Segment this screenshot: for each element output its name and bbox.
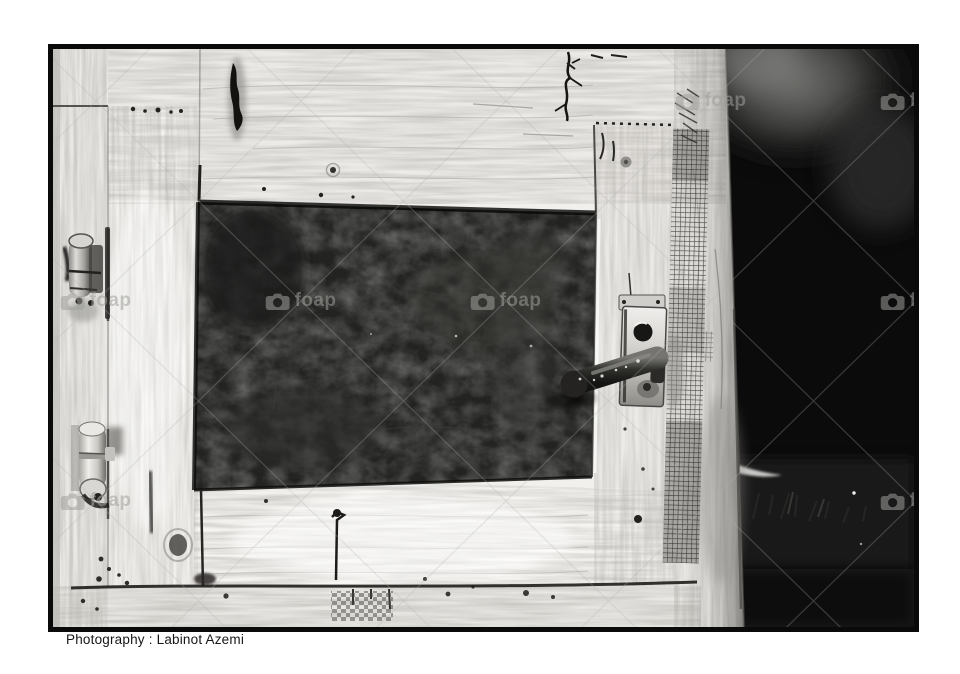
photo-credit: Photography : Labinot Azemi <box>66 632 244 647</box>
photo-art <box>53 49 914 627</box>
photo-frame: foap foap foap foap foap foap foap foap <box>48 44 919 632</box>
watermark-lines <box>53 49 914 627</box>
